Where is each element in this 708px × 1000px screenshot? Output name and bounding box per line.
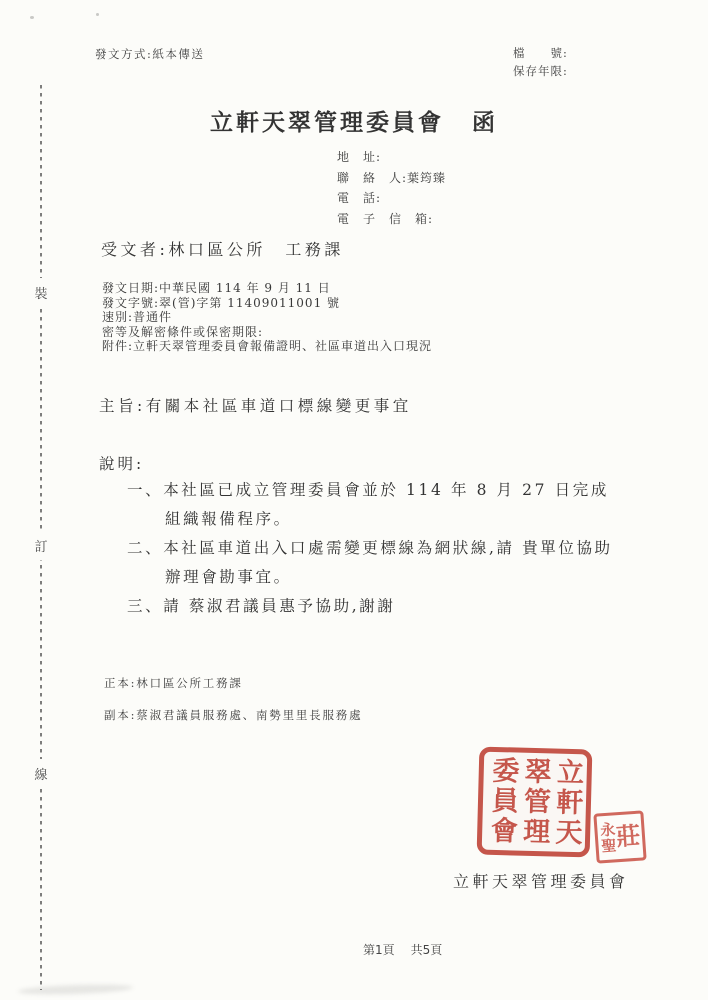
seal-column-3: 委員會 (487, 756, 516, 847)
phone-label: 電 話: (337, 188, 446, 209)
original-copy-line: 正本:林口區公所工務課 (104, 675, 243, 691)
explanation-item-2: 二、本社區車道出入口處需變更標線為網狀線,請 貴單位協助辦理會勘事宜。 (127, 534, 621, 592)
cc-copy-line: 副本:蔡淑君議員服務處、南勢里里長服務處 (104, 707, 362, 723)
recipient-line: 受文者:林口區公所 工務課 (101, 237, 344, 260)
personal-seal-left-col: 永聖 (599, 821, 616, 854)
contact-person-line: 聯 絡 人:葉筠臻 (337, 168, 446, 189)
address-label: 地 址: (337, 147, 446, 168)
page-total: 共5頁 (411, 941, 443, 958)
attachment-line: 附件:立軒天翠管理委員會報備證明、社區車道出入口現況 (102, 339, 432, 354)
page-footer: 第1頁 共5頁 (363, 941, 442, 958)
binding-char-xian: 線 (33, 759, 49, 788)
issue-date-line: 發文日期:中華民國 114 年 9 月 11 日 (102, 281, 432, 296)
signature-org-name: 立軒天翠管理委員會 (453, 869, 629, 892)
scan-speck (30, 16, 34, 19)
document-title: 立軒天翠管理委員會 函 (0, 104, 708, 137)
personal-seal-right-col: 莊 (615, 824, 641, 850)
personal-name-seal: 莊 永聖 (593, 810, 646, 863)
header-right-block: 檔 號: 保存年限: (513, 45, 568, 80)
retention-label: 保存年限: (513, 63, 568, 81)
committee-seal-stamp: 立軒天 翠管理 委員會 (477, 747, 593, 858)
doc-type: 函 (472, 104, 498, 137)
contact-block: 地 址: 聯 絡 人:葉筠臻 電 話: 電 子 信 箱: (337, 147, 446, 229)
explanation-item-3: 三、請 蔡淑君議員惠予協助,謝謝 (127, 592, 621, 621)
explanation-label: 說明: (99, 452, 144, 474)
page-number: 第1頁 (363, 941, 395, 958)
explanation-item-1: 一、本社區已成立管理委員會並於 114 年 8 月 27 日完成組織報備程序。 (127, 476, 621, 534)
seal-column-2: 翠管理 (520, 757, 549, 848)
scanned-letter-page: 裝 訂 線 發文方式:紙本傳送 檔 號: 保存年限: 立軒天翠管理委員會 函 地… (0, 0, 708, 1000)
binding-char-ding: 訂 (33, 531, 49, 560)
explanation-items: 一、本社區已成立管理委員會並於 114 年 8 月 27 日完成組織報備程序。 … (127, 476, 621, 621)
security-line: 密等及解密條件或保密期限: (102, 325, 432, 340)
seal-column-1: 立軒天 (552, 758, 581, 849)
meta-block: 發文日期:中華民國 114 年 9 月 11 日 發文字號:翠(管)字第 114… (102, 281, 432, 354)
email-label: 電 子 信 箱: (337, 209, 446, 230)
speed-line: 速別:普通件 (102, 310, 432, 325)
org-name: 立軒天翠管理委員會 (210, 104, 444, 137)
scan-smudge (18, 983, 133, 996)
file-no-label: 檔 號: (513, 45, 568, 63)
subject-line: 主旨:有關本社區車道口標線變更事宜 (99, 394, 412, 416)
scan-speck (96, 13, 99, 16)
doc-number-line: 發文字號:翠(管)字第 11409011001 號 (102, 296, 432, 311)
binding-char-zhuang: 裝 (33, 278, 49, 307)
send-method-line: 發文方式:紙本傳送 (95, 46, 204, 62)
